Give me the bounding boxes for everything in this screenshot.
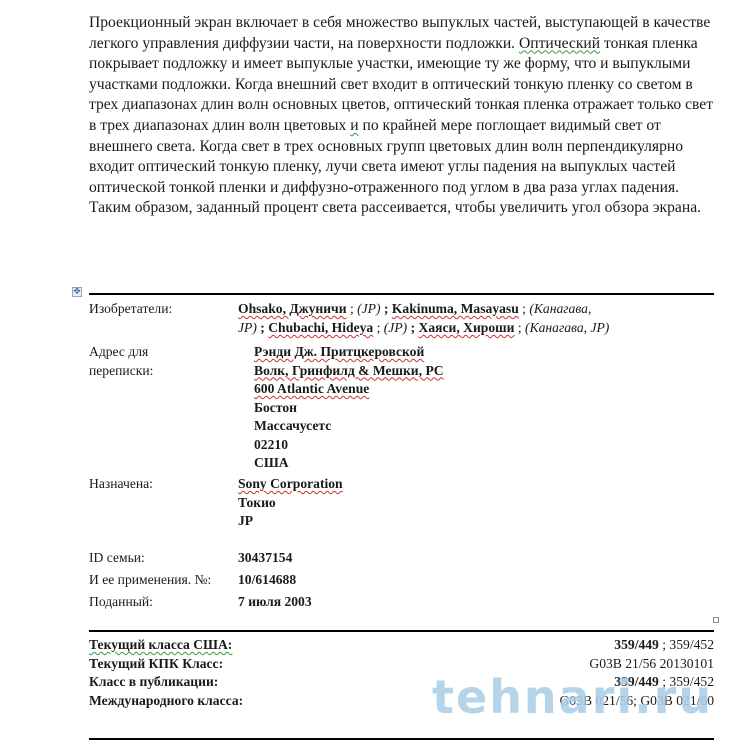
classification-secondary: G03B 021/56; G03B 021/60 bbox=[560, 693, 714, 708]
classification-value: 359/449 ; 359/452 bbox=[614, 636, 714, 655]
divider-middle bbox=[89, 630, 714, 632]
table-move-handle-icon[interactable]: ✥ bbox=[72, 287, 82, 297]
inventor-name: Kakinuma, Masayasu bbox=[392, 301, 519, 316]
assignee-label: Назначена: bbox=[89, 475, 153, 494]
inventors-line-2: JP) ; Chubachi, Hideya ; (JP) ; Хаяси, Х… bbox=[238, 319, 609, 338]
classification-secondary: ; 359/452 bbox=[659, 637, 714, 652]
inventor-name: Ohsako, Джуничи bbox=[238, 301, 347, 316]
separator: ; bbox=[514, 320, 525, 335]
classification-label: Международного класса: bbox=[89, 692, 243, 711]
classification-label: Текущий КПК Класс: bbox=[89, 655, 223, 674]
separator: ; bbox=[407, 320, 418, 335]
inventor-country: (Канагава, bbox=[529, 301, 591, 316]
inventor-country: (JP) bbox=[357, 301, 380, 316]
assignee-lines: Sony CorporationТокиоJP bbox=[238, 475, 343, 531]
filed-value: 7 июля 2003 bbox=[238, 593, 312, 612]
inventor-country: JP) bbox=[238, 320, 257, 335]
classification-label: Текущий класса США: bbox=[89, 636, 232, 655]
address-lines: Рэнди Дж. ПритцкеровскойВолк, Гринфилд &… bbox=[254, 343, 444, 473]
filed-label: Поданный: bbox=[89, 593, 153, 612]
classification-label: Класс в публикации: bbox=[89, 673, 218, 692]
abstract-text: Проекционный экран включает в себя множе… bbox=[89, 13, 721, 219]
grammar-flagged-word[interactable]: и bbox=[350, 117, 358, 134]
inventor-name: Chubachi, Hideya bbox=[268, 320, 373, 335]
classification-secondary: G03B 21/56 20130101 bbox=[589, 656, 714, 671]
assignee-line: JP bbox=[238, 512, 343, 531]
classification-table: Текущий класса США:359/449 ; 359/452Теку… bbox=[89, 636, 714, 710]
assignee-line: Sony Corporation bbox=[238, 475, 343, 494]
classification-value: 359/449 ; 359/452 bbox=[614, 673, 714, 692]
grammar-flagged-word[interactable]: Оптический bbox=[519, 35, 600, 52]
inventors-line-1: Ohsako, Джуничи ; (JP) ; Kakinuma, Masay… bbox=[238, 300, 591, 319]
classification-secondary: ; 359/452 bbox=[659, 674, 714, 689]
classification-row: Текущий КПК Класс:G03B 21/56 20130101 bbox=[89, 655, 714, 674]
classification-row: Класс в публикации:359/449 ; 359/452 bbox=[89, 673, 714, 692]
classification-row: Международного класса:G03B 021/56; G03B … bbox=[89, 692, 714, 711]
address-label-line-2: переписки: bbox=[89, 362, 153, 381]
assignee-line: Токио bbox=[238, 494, 343, 513]
address-line: США bbox=[254, 454, 444, 473]
separator: ; bbox=[519, 301, 530, 316]
inventors-label: Изобретатели: bbox=[89, 300, 172, 319]
address-line: Массачусетс bbox=[254, 417, 444, 436]
address-label-line-1: Адрес для bbox=[89, 343, 148, 362]
separator: ; bbox=[381, 301, 392, 316]
application-label: И ее применения. №: bbox=[89, 571, 211, 590]
address-line: 600 Atlantic Avenue bbox=[254, 380, 444, 399]
separator: ; bbox=[347, 301, 358, 316]
family-id-value: 30437154 bbox=[238, 549, 292, 568]
inventor-name: Хаяси, Хироши bbox=[419, 320, 515, 335]
application-value: 10/614688 bbox=[238, 571, 296, 590]
classification-primary: 359/449 bbox=[614, 674, 659, 689]
separator: ; bbox=[373, 320, 384, 335]
classification-value: G03B 21/56 20130101 bbox=[589, 655, 714, 674]
divider-top bbox=[89, 293, 714, 295]
separator: ; bbox=[257, 320, 268, 335]
address-line: Рэнди Дж. Притцкеровской bbox=[254, 343, 444, 362]
family-id-label: ID семьи: bbox=[89, 549, 145, 568]
inventor-country: (Канагава, JP) bbox=[525, 320, 609, 335]
address-line: Волк, Гринфилд & Мешки, PC bbox=[254, 362, 444, 381]
address-line: Бостон bbox=[254, 399, 444, 418]
classification-row: Текущий класса США:359/449 ; 359/452 bbox=[89, 636, 714, 655]
address-line: 02210 bbox=[254, 436, 444, 455]
classification-value: G03B 021/56; G03B 021/60 bbox=[560, 692, 714, 711]
classification-primary: 359/449 bbox=[614, 637, 659, 652]
table-resize-handle-icon[interactable] bbox=[713, 617, 719, 623]
application-label-text: И ее применения. №: bbox=[89, 572, 211, 587]
inventor-country: (JP) bbox=[384, 320, 407, 335]
divider-bottom bbox=[89, 738, 714, 740]
